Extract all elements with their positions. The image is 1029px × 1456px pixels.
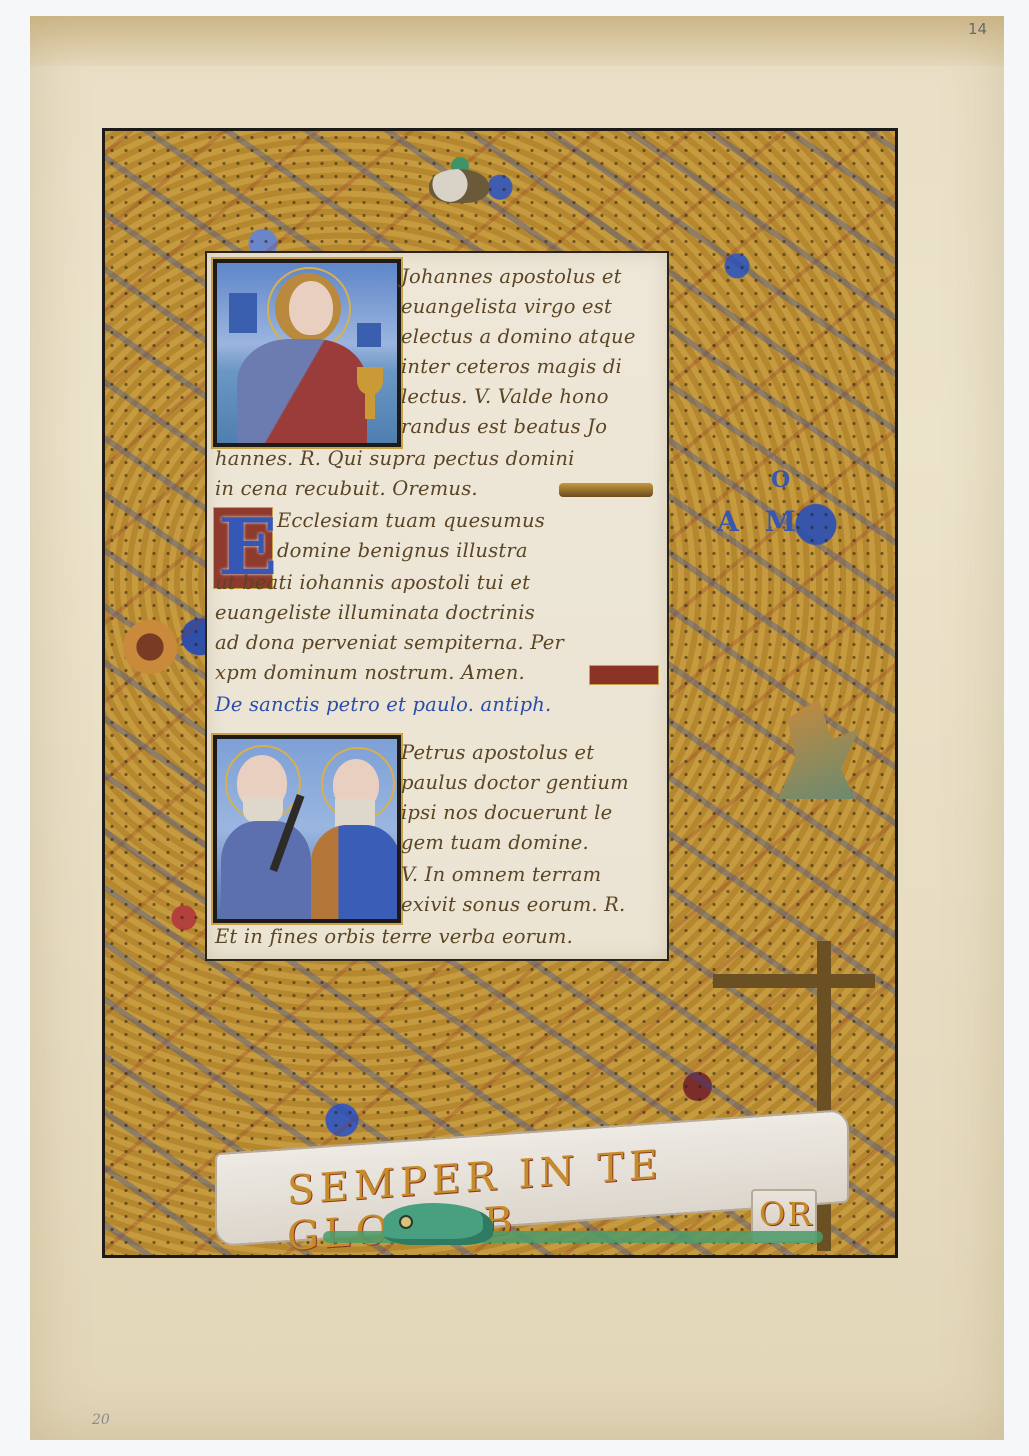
pencil-note: 20: [92, 1412, 110, 1428]
banderole-tail-text: OR: [759, 1195, 813, 1233]
monogram-letter-top: O: [771, 467, 790, 493]
chalice-icon: [357, 367, 383, 395]
text-block: Johannes apostolus et euangelista virgo …: [205, 251, 669, 961]
text-line: euangelista virgo est: [401, 295, 612, 318]
text-line: hannes. R. Qui supra pectus domini: [215, 447, 575, 470]
text-line: euangeliste illuminata doctrinis: [215, 601, 535, 624]
robe-paul: [311, 825, 401, 921]
text-line: electus a domino atque: [401, 325, 636, 348]
robe-peter: [221, 821, 311, 921]
text-line: in cena recubuit. Oremus.: [215, 477, 478, 500]
chalice-stem: [365, 393, 375, 419]
text-line: xpm dominum nostrum. Amen.: [215, 661, 525, 684]
top-edge-stain: [30, 16, 1004, 66]
text-line: inter ceteros magis di: [401, 355, 622, 378]
text-line: ipsi nos docuerunt le: [401, 801, 612, 824]
tower-icon: [229, 293, 257, 333]
text-line: Petrus apostolus et: [401, 741, 594, 764]
folio-number: 14: [968, 20, 987, 38]
frog-eye: [399, 1215, 413, 1229]
monogram-letter-left: A: [717, 505, 765, 538]
miniature-saint-john: [213, 259, 401, 447]
rubric-heading: De sanctis petro et paulo. antiph.: [215, 693, 551, 716]
manuscript-leaf: 14 20 O AM Johannes apostolus et: [30, 16, 1004, 1440]
text-line: exivit sonus eorum. R.: [401, 893, 625, 916]
branch-line-filler: [559, 483, 653, 497]
monogram-letter-right: M: [765, 505, 822, 538]
text-line: domine benignus illustra: [277, 539, 528, 562]
tower-icon: [357, 323, 381, 347]
monogram: AM: [717, 505, 822, 538]
illuminated-border: O AM Johannes apostolus et euangelista v…: [102, 128, 898, 1258]
line-filler: [589, 665, 659, 685]
text-line: Et in fines orbis terre verba eorum.: [215, 925, 573, 948]
text-line: ad dona perveniat sempiterna. Per: [215, 631, 564, 654]
text-line: Ecclesiam tuam quesumus: [277, 509, 545, 532]
text-line: gem tuam domine.: [401, 831, 589, 854]
cross-bar: [713, 974, 875, 988]
text-line: lectus. V. Valde hono: [401, 385, 609, 408]
butterfly-icon: [121, 613, 179, 681]
text-line: paulus doctor gentium: [401, 771, 629, 794]
bird-icon: [429, 169, 489, 203]
text-line: ut beati iohannis apostoli tui et: [215, 571, 530, 594]
text-line: V. In omnem terram: [401, 863, 601, 886]
robe: [237, 339, 367, 447]
frog-icon: [383, 1203, 493, 1245]
text-line: Johannes apostolus et: [401, 265, 622, 288]
face: [289, 281, 333, 335]
text-line: randus est beatus Jo: [401, 415, 607, 438]
miniature-peter-paul: [213, 735, 401, 923]
